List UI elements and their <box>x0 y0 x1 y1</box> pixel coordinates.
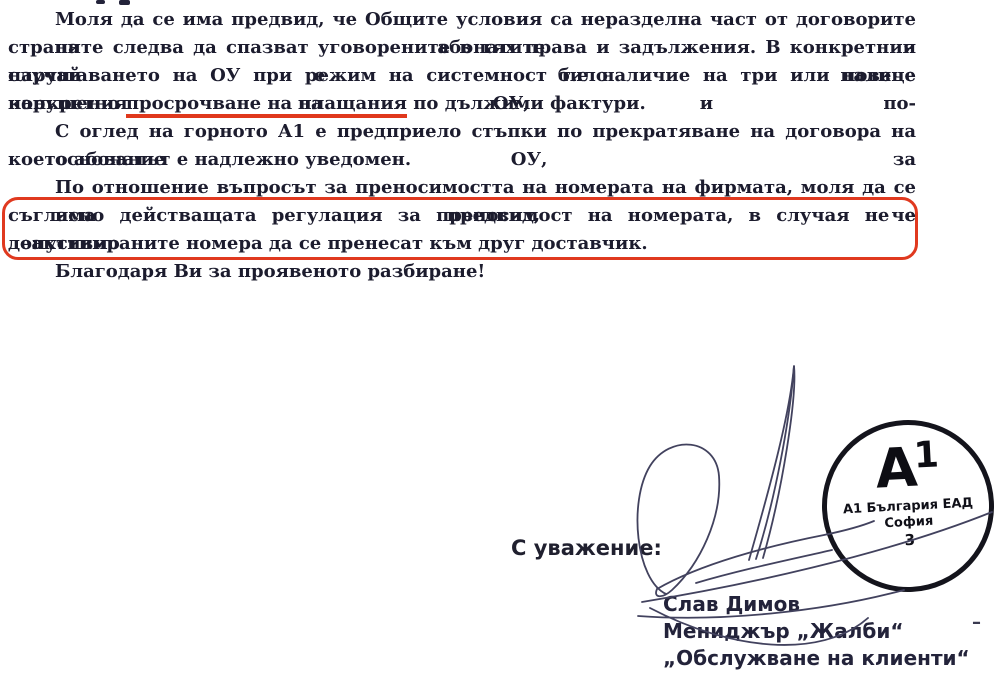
paragraph2-line1: С оглед на горното А1 е предприело стъпк… <box>8 118 916 146</box>
red-underlined-phrase: просрочване на плащания <box>126 93 407 118</box>
thanks-line: Благодаря Ви за проявеното разбиране! <box>8 258 916 286</box>
a1-logo-digit: 1 <box>913 437 937 474</box>
company-round-stamp: А1 А1 България ЕАД София 3 <box>818 416 999 597</box>
stamp-city: София <box>884 514 934 532</box>
letter-body: Моля да се има предвид, че Общите услови… <box>8 6 916 286</box>
paragraph1-line3: нарушаването на ОУ при режим на системно… <box>8 62 916 90</box>
signature-block: Слав Димов Мениджър „Жалби“ „Обслужване … <box>663 591 970 672</box>
highlighted-note-line1: съгласно действащата регулация за пренос… <box>8 202 916 230</box>
signer-name: Слав Димов <box>663 591 970 618</box>
scanned-letter: Моля да се има предвид, че Общите услови… <box>0 0 1000 681</box>
stamp-number: 3 <box>904 531 915 550</box>
highlighted-note-line2: деактивираните номера да се пренесат към… <box>8 230 916 258</box>
a1-logo-letter: А <box>874 441 916 497</box>
paragraph1-line2: страните следва да спазват уговорените в… <box>8 34 916 62</box>
signer-title-2: „Обслужване на клиенти“ <box>663 645 970 672</box>
paragraph3-line1: По отношение въпросът за преносимостта н… <box>8 174 916 202</box>
line4-prefix: конкретно <box>8 93 126 114</box>
scan-artifact-dash: – <box>972 612 981 633</box>
signer-title-1: Мениджър „Жалби“ <box>663 618 970 645</box>
cropped-text-remnant <box>119 0 130 5</box>
cropped-text-remnant <box>96 0 105 4</box>
paragraph1-line1: Моля да се има предвид, че Общите услови… <box>8 6 916 34</box>
a1-logo: А1 <box>874 436 938 497</box>
salutation: С уважение: <box>511 536 662 560</box>
line4-suffix: по дължими фактури. <box>407 93 646 114</box>
